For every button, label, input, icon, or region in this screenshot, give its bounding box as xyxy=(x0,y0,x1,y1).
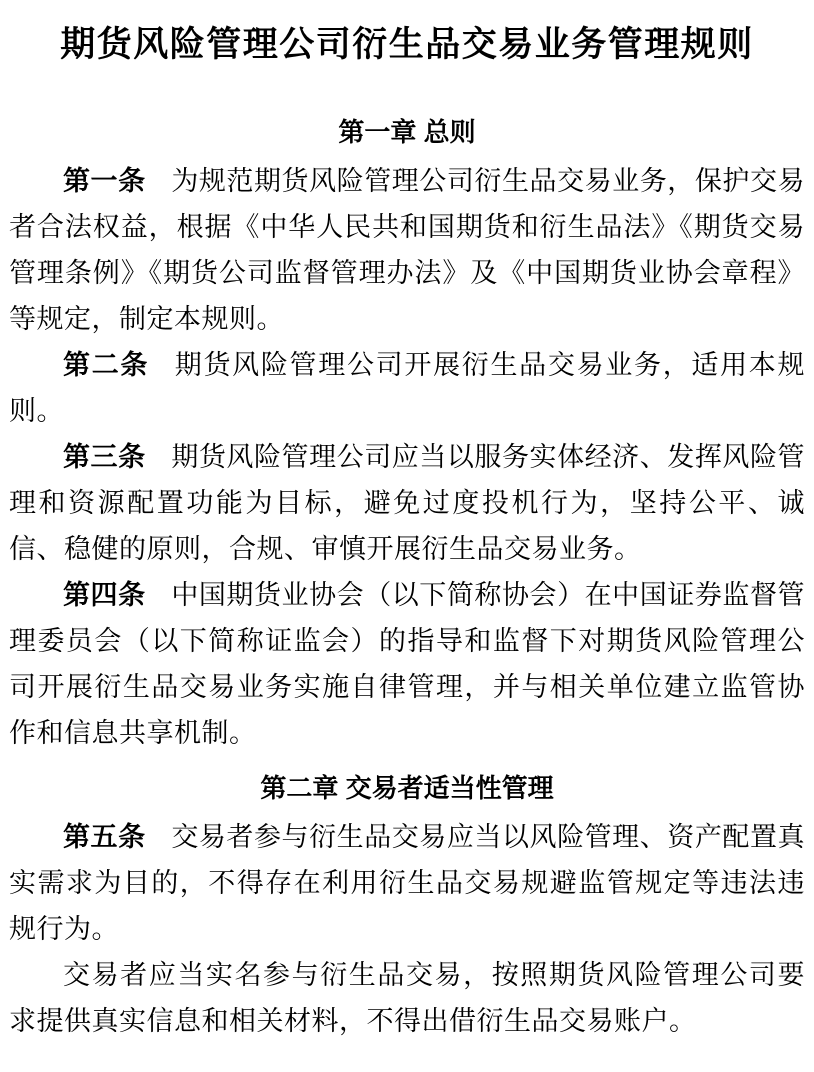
article-1: 第一条为规范期货风险管理公司衍生品交易业务，保护交易者合法权益，根据《中华人民共… xyxy=(9,158,805,342)
article-3: 第三条期货风险管理公司应当以服务实体经济、发挥风险管理和资源配置功能为目标，避免… xyxy=(9,434,805,572)
document-page: 期货风险管理公司衍生品交易业务管理规则 第一章 总则 第一条为规范期货风险管理公… xyxy=(9,24,805,1044)
article-1-label: 第一条 xyxy=(63,166,146,196)
article-3-label: 第三条 xyxy=(63,442,146,472)
article-5-continuation-text: 交易者应当实名参与衍生品交易，按照期货风险管理公司要求提供真实信息和相关材料，不… xyxy=(9,960,805,1036)
article-2: 第二条期货风险管理公司开展衍生品交易业务，适用本规则。 xyxy=(9,342,805,434)
chapter-2: 第二章 交易者适当性管理 第五条交易者参与衍生品交易应当以风险管理、资产配置真实… xyxy=(9,768,805,1044)
chapter-2-heading: 第二章 交易者适当性管理 xyxy=(9,768,805,808)
article-5-label: 第五条 xyxy=(63,822,146,852)
article-5-continuation: 交易者应当实名参与衍生品交易，按照期货风险管理公司要求提供真实信息和相关材料，不… xyxy=(9,952,805,1044)
article-5: 第五条交易者参与衍生品交易应当以风险管理、资产配置真实需求为目的，不得存在利用衍… xyxy=(9,814,805,952)
document-title: 期货风险管理公司衍生品交易业务管理规则 xyxy=(9,24,805,66)
article-4-label: 第四条 xyxy=(63,580,146,610)
chapter-1-heading: 第一章 总则 xyxy=(9,112,805,152)
article-2-label: 第二条 xyxy=(63,350,149,380)
chapter-1: 第一章 总则 第一条为规范期货风险管理公司衍生品交易业务，保护交易者合法权益，根… xyxy=(9,112,805,756)
article-4: 第四条中国期货业协会（以下简称协会）在中国证券监督管理委员会（以下简称证监会）的… xyxy=(9,572,805,756)
